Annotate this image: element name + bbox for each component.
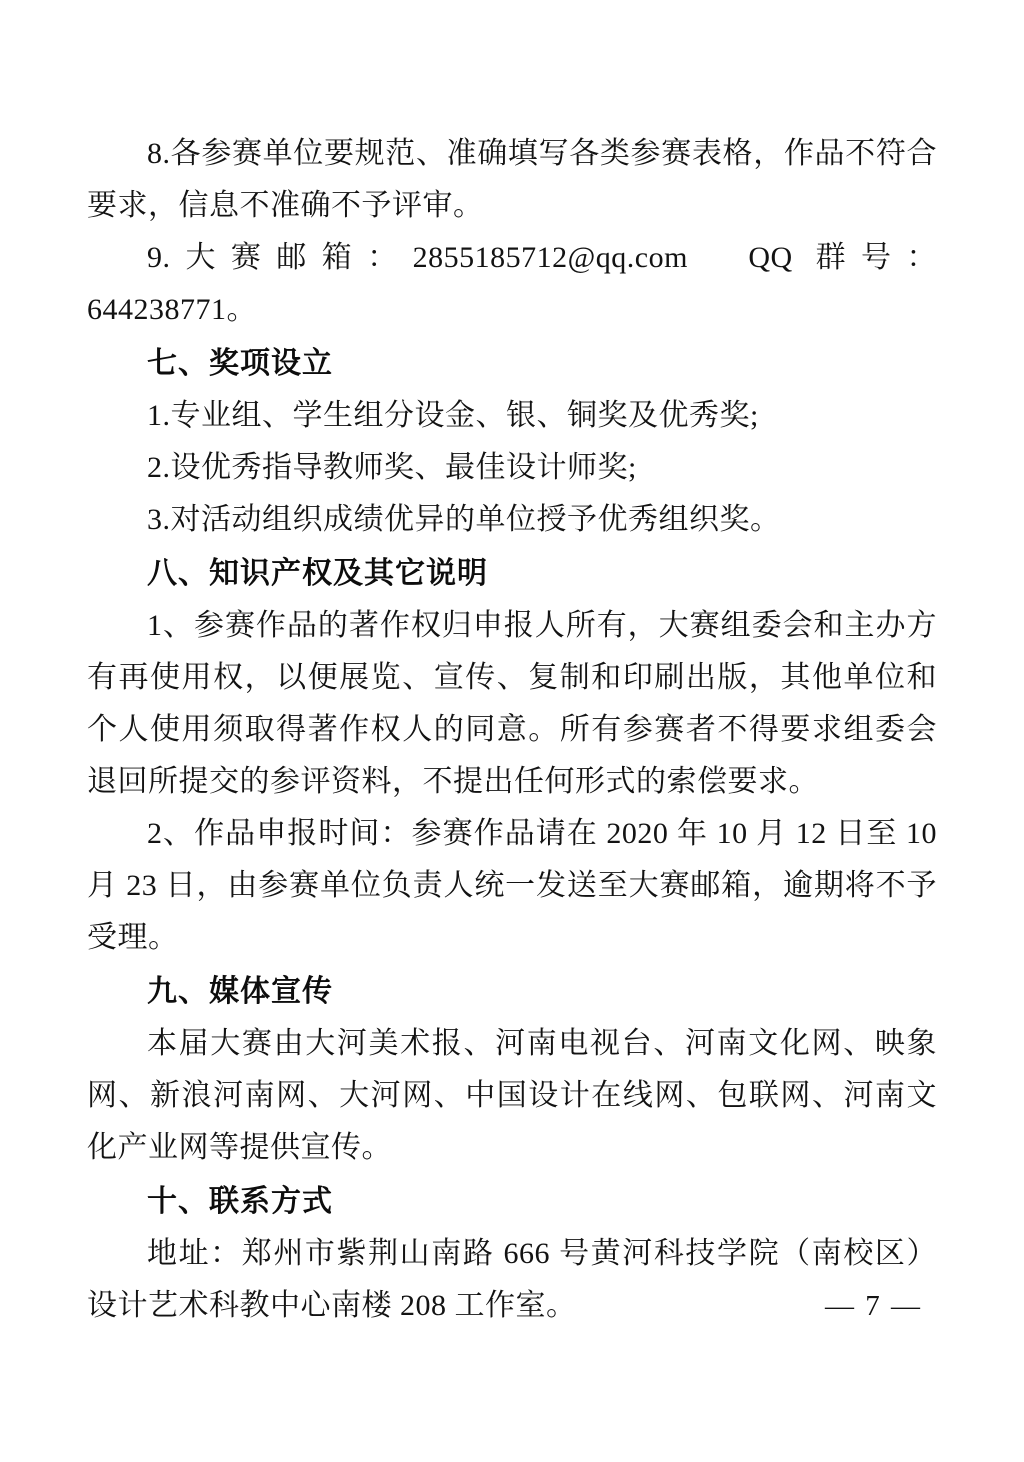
heading-awards-setup: 七、奖项设立 [87,338,937,390]
para-award-organization: 3.对活动组织成绩优异的单位授予优秀组织奖。 [87,494,937,546]
page-number: — 7 — [825,1280,922,1332]
para-award-tiers: 1.专业组、学生组分设金、银、铜奖及优秀奖; [87,390,937,442]
heading-contact-info: 十、联系方式 [87,1176,937,1228]
document-page: 8.各参赛单位要规范、准确填写各类参赛表格，作品不符合要求，信息不准确不予评审。… [0,0,1024,1462]
para-award-teacher: 2.设优秀指导教师奖、最佳设计师奖; [87,442,937,494]
para-contest-email-qq: 9.大赛邮箱：2855185712@qq.com QQ 群号：644238771… [87,232,937,336]
para-contact-address: 地址：郑州市紫荆山南路 666 号黄河科技学院（南校区）设计艺术科教中心南楼 2… [87,1228,937,1332]
para-media-list: 本届大赛由大河美术报、河南电视台、河南文化网、映象网、新浪河南网、大河网、中国设… [87,1018,937,1174]
document-content: 8.各参赛单位要规范、准确填写各类参赛表格，作品不符合要求，信息不准确不予评审。… [87,128,937,1332]
para-copyright-terms: 1、参赛作品的著作权归申报人所有，大赛组委会和主办方有再使用权，以便展览、宣传、… [87,600,937,808]
heading-media-publicity: 九、媒体宣传 [87,966,937,1018]
para-entry-form-rules: 8.各参赛单位要规范、准确填写各类参赛表格，作品不符合要求，信息不准确不予评审。 [87,128,937,232]
heading-intellectual-property: 八、知识产权及其它说明 [87,548,937,600]
para-submission-period: 2、作品申报时间：参赛作品请在 2020 年 10 月 12 日至 10 月 2… [87,808,937,964]
